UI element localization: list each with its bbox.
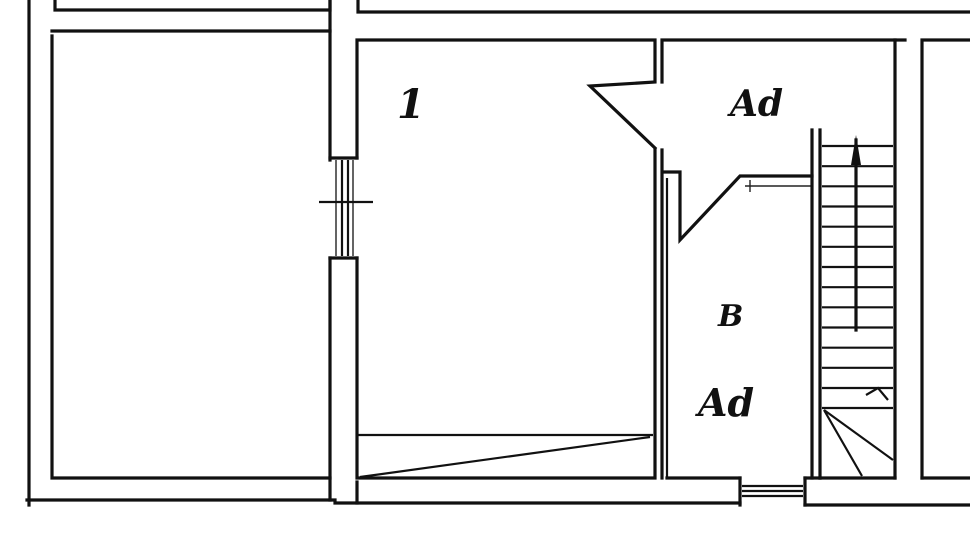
top-wall-strip [55, 0, 970, 12]
room-label-ad-bottom: Ad [695, 380, 754, 425]
room-label-b: B [717, 299, 743, 334]
right-room [922, 40, 970, 478]
left-room [52, 0, 330, 500]
stair-arrow-icon [851, 135, 861, 165]
room-label-ad-top: Ad [727, 83, 783, 125]
built-in-unit [357, 435, 653, 477]
outer-walls [27, 0, 970, 505]
floor-plan: 1 Ad B Ad [0, 0, 970, 536]
room-b-ad [667, 130, 820, 478]
staircase [820, 40, 895, 478]
entrance-door [740, 478, 820, 505]
window-left-wall [319, 158, 373, 258]
room-label-1: 1 [397, 81, 425, 128]
